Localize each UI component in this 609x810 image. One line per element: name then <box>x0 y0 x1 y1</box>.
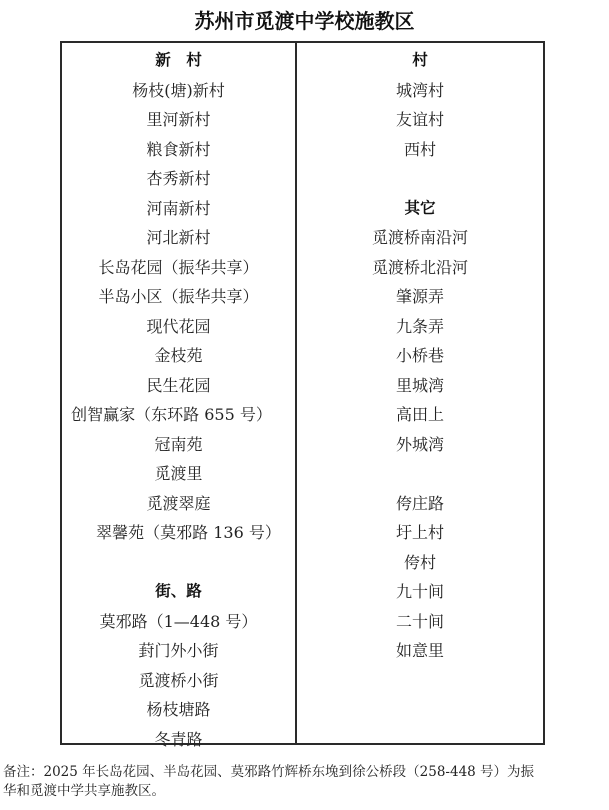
street-road-item: 冬青路 <box>62 725 295 755</box>
other-item: 二十间 <box>297 607 543 637</box>
new-village-item: 创智赢家（东环路 655 号） <box>62 400 295 430</box>
other-item: 九十间 <box>297 577 543 607</box>
other-item: 侉村 <box>297 548 543 578</box>
new-village-item: 现代花园 <box>62 312 295 342</box>
blank-row <box>297 459 543 489</box>
right-column: 村 城湾村 友谊村 西村 其它 觅渡桥南沿河 觅渡桥北沿河 肇源弄 九条弄 小桥… <box>297 46 543 666</box>
other-item: 九条弄 <box>297 312 543 342</box>
other-item: 侉庄路 <box>297 489 543 519</box>
section-header-villages: 村 <box>297 46 543 76</box>
school-district-table: 新 村 杨枝(塘)新村 里河新村 粮食新村 杏秀新村 河南新村 河北新村 长岛花… <box>60 41 545 745</box>
new-village-item: 翠馨苑（莫邪路 136 号） <box>62 518 295 548</box>
other-item: 高田上 <box>297 400 543 430</box>
street-road-item: 莫邪路（1—448 号） <box>62 607 295 637</box>
section-header-new-villages: 新 村 <box>62 46 295 76</box>
other-item: 外城湾 <box>297 430 543 460</box>
village-item: 城湾村 <box>297 76 543 106</box>
other-item: 觅渡桥南沿河 <box>297 223 543 253</box>
new-village-item: 粮食新村 <box>62 135 295 165</box>
section-header-streets-roads: 街、路 <box>62 577 295 607</box>
other-item: 里城湾 <box>297 371 543 401</box>
new-village-item: 半岛小区（振华共享） <box>62 282 295 312</box>
new-village-item: 长岛花园（振华共享） <box>62 253 295 283</box>
other-item: 肇源弄 <box>297 282 543 312</box>
new-village-item: 冠南苑 <box>62 430 295 460</box>
blank-row <box>297 164 543 194</box>
other-item: 圩上村 <box>297 518 543 548</box>
footnote: 备注：2025 年长岛花园、半岛花园、莫邪路竹辉桥东堍到徐公桥段（258-448… <box>3 763 603 801</box>
new-village-item: 金枝苑 <box>62 341 295 371</box>
other-item: 如意里 <box>297 636 543 666</box>
new-village-item: 里河新村 <box>62 105 295 135</box>
page-title: 苏州市觅渡中学校施教区 <box>0 7 609 35</box>
village-item: 西村 <box>297 135 543 165</box>
left-column: 新 村 杨枝(塘)新村 里河新村 粮食新村 杏秀新村 河南新村 河北新村 长岛花… <box>62 46 295 754</box>
other-item: 觅渡桥北沿河 <box>297 253 543 283</box>
footnote-line-2: 华和觅渡中学共享施教区。 <box>3 782 603 801</box>
new-village-item: 杏秀新村 <box>62 164 295 194</box>
new-village-item: 河南新村 <box>62 194 295 224</box>
village-item: 友谊村 <box>297 105 543 135</box>
new-village-item: 民生花园 <box>62 371 295 401</box>
new-village-item: 河北新村 <box>62 223 295 253</box>
blank-row <box>62 548 295 578</box>
street-road-item: 觅渡桥小街 <box>62 666 295 696</box>
section-header-others: 其它 <box>297 194 543 224</box>
other-item: 小桥巷 <box>297 341 543 371</box>
new-village-item: 杨枝(塘)新村 <box>62 76 295 106</box>
new-village-item: 觅渡翠庭 <box>62 489 295 519</box>
new-village-item: 觅渡里 <box>62 459 295 489</box>
street-road-item: 葑门外小街 <box>62 636 295 666</box>
footnote-line-1: 备注：2025 年长岛花园、半岛花园、莫邪路竹辉桥东堍到徐公桥段（258-448… <box>3 763 603 782</box>
street-road-item: 杨枝塘路 <box>62 695 295 725</box>
